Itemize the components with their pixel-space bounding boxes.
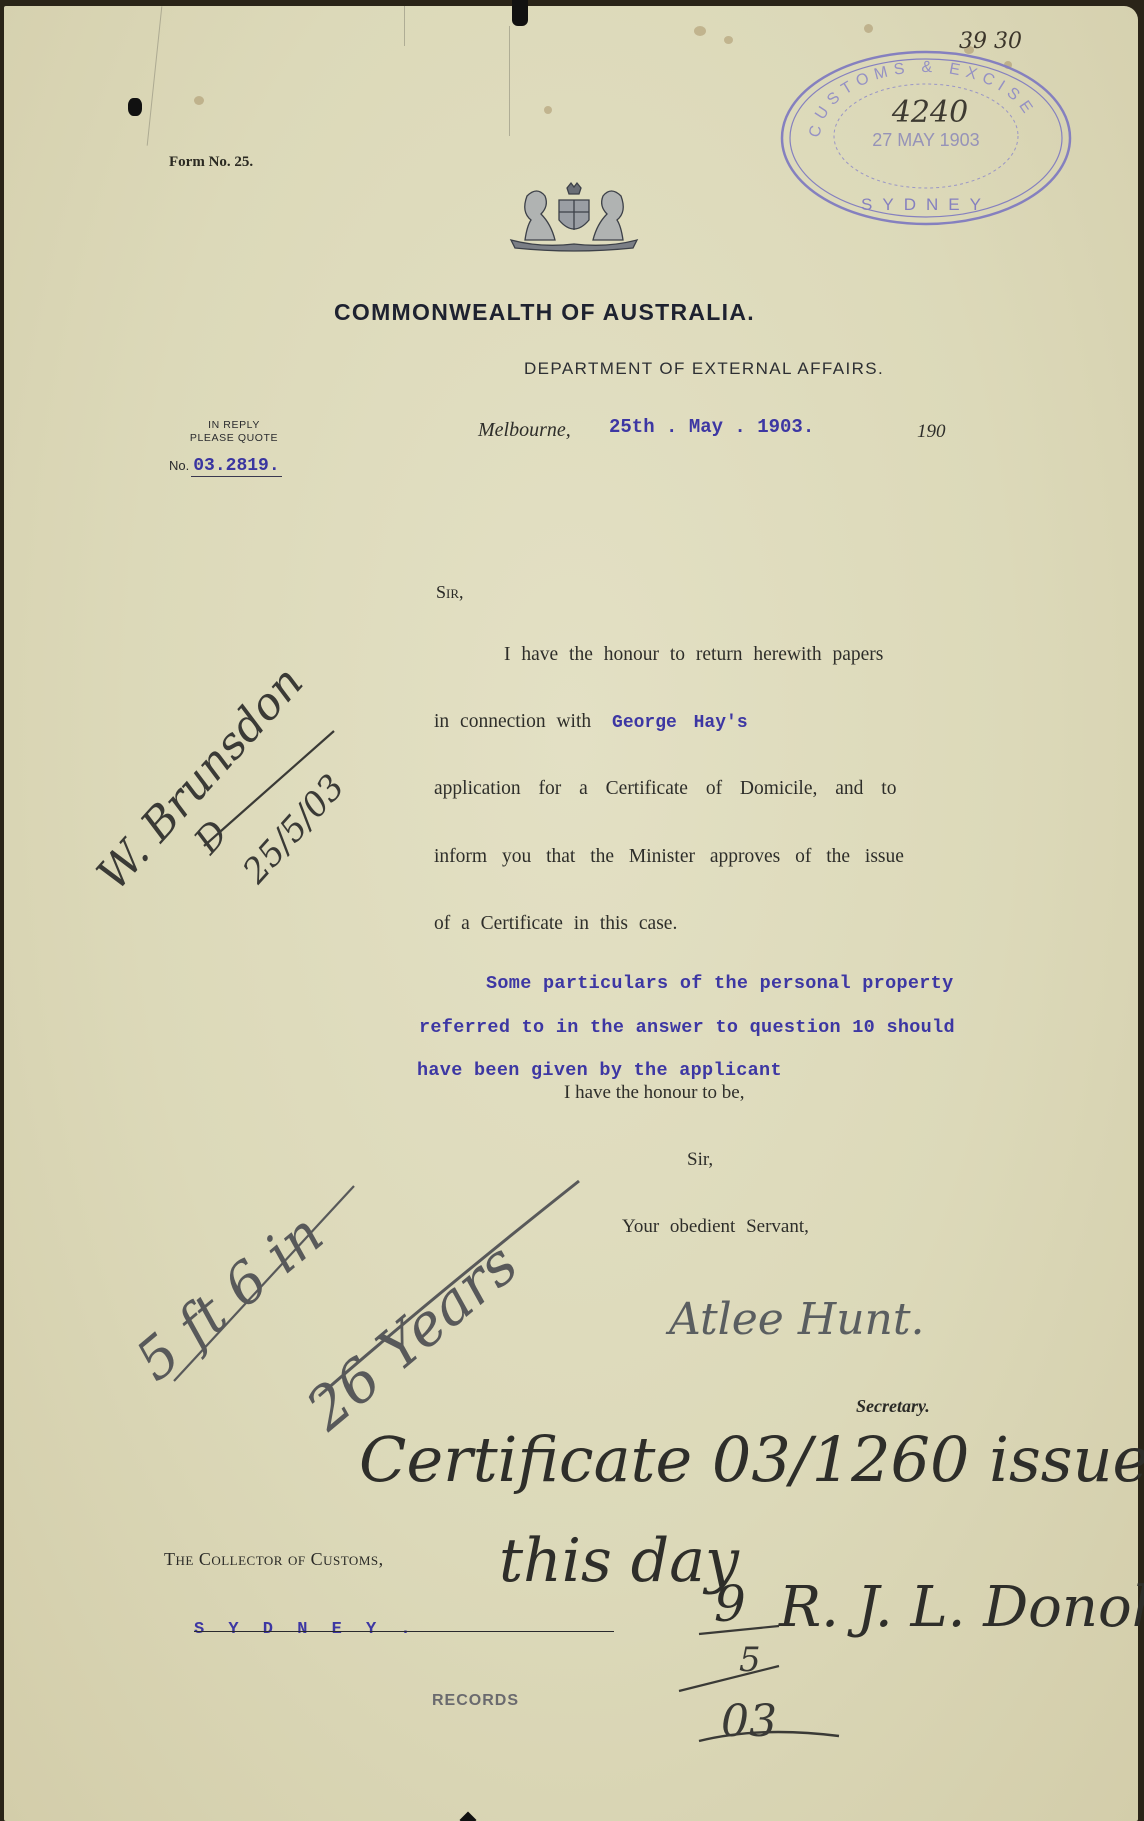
document-page: Form No. 25. COMMONWEALTH OF AUSTRALIA. … [4,6,1138,1821]
hole-mark [128,98,142,116]
paper-crack [509,26,510,136]
certificate-issued-annotation: Certificate 03/1260 issued this day R. J… [359,1406,1139,1766]
svg-text:Atlee Hunt.: Atlee Hunt. [665,1294,925,1345]
stain [694,26,706,36]
coat-of-arms-icon [507,182,641,250]
dateline-year-prefix: 190 [917,421,946,443]
reply-label-line1: IN REPLY [174,419,294,432]
reference-number: No.03.2819. [169,456,282,476]
paper-crack [147,6,163,145]
typed-note-line-1: Some particulars of the personal propert… [486,973,953,994]
hole-mark [512,0,528,26]
applicant-name: George Hay's [612,713,748,733]
body-line-2-prefix: in connection with [434,711,591,732]
stain [194,96,204,105]
page-title: COMMONWEALTH OF AUSTRALIA. [334,299,755,326]
salutation: Sir, [436,582,464,603]
reference-no-label: No. [169,458,189,473]
secretary-signature: Atlee Hunt. [669,1276,989,1356]
stain [864,24,873,33]
margin-initials-annotation: W. Brunsdon D 25/5/03 [54,646,354,936]
reply-label-line2: PLEASE QUOTE [174,432,294,445]
svg-text:R. J. L. Donohoe: R. J. L. Donohoe [778,1575,1144,1640]
body-line-1: I have the honour to return herewith pap… [504,644,883,666]
body-line-5: of a Certificate in this case. [434,913,677,935]
stamp-date: 27 MAY 1903 [872,130,979,150]
hole-mark [460,1812,477,1821]
svg-text:Certificate 03/1260 issued: Certificate 03/1260 issued [359,1423,1144,1496]
closing-sir: Sir, [687,1149,713,1171]
svg-text:39 30: 39 30 [959,29,1022,54]
height-age-annotation: 5 ft 6 in 26 Years [114,1146,594,1416]
form-number: Form No. 25. [169,154,253,171]
svg-text:25/5/03: 25/5/03 [235,767,353,892]
department-name: DEPARTMENT OF EXTERNAL AFFAIRS. [524,359,884,379]
stain [724,36,733,44]
typed-note-line-3: have been given by the applicant [417,1060,782,1081]
body-line-3: application for a Certificate of Domicil… [434,778,896,800]
closing-servant: Your obedient Servant, [622,1216,809,1238]
svg-text:this day: this day [499,1526,740,1596]
stain [544,106,552,114]
body-line-2: in connection with George Hay's [434,711,748,733]
svg-text:03: 03 [721,1696,777,1747]
svg-text:5 ft 6 in: 5 ft 6 in [124,1202,336,1394]
customs-stamp: CUSTOMS & EXCISE 27 MAY 1903 SYDNEY 4240 [780,50,1072,226]
paper-crack [404,6,405,46]
stamp-city: SYDNEY [861,195,991,214]
reference-number-value: 03.2819. [191,456,281,477]
stamp-number: 4240 [891,95,968,130]
corner-note: 39 30 [959,18,1019,58]
closing-line-1: I have the honour to be, [564,1082,744,1104]
body-line-4: inform you that the Minister approves of… [434,846,904,868]
dateline-date: 25th . May . 1903. [609,416,814,438]
reply-label: IN REPLY PLEASE QUOTE [174,419,294,445]
addressee: The Collector of Customs, [164,1549,384,1570]
typed-note-line-2: referred to in the answer to question 10… [419,1017,955,1038]
dateline-place: Melbourne, [478,419,571,442]
svg-text:9: 9 [714,1575,746,1633]
